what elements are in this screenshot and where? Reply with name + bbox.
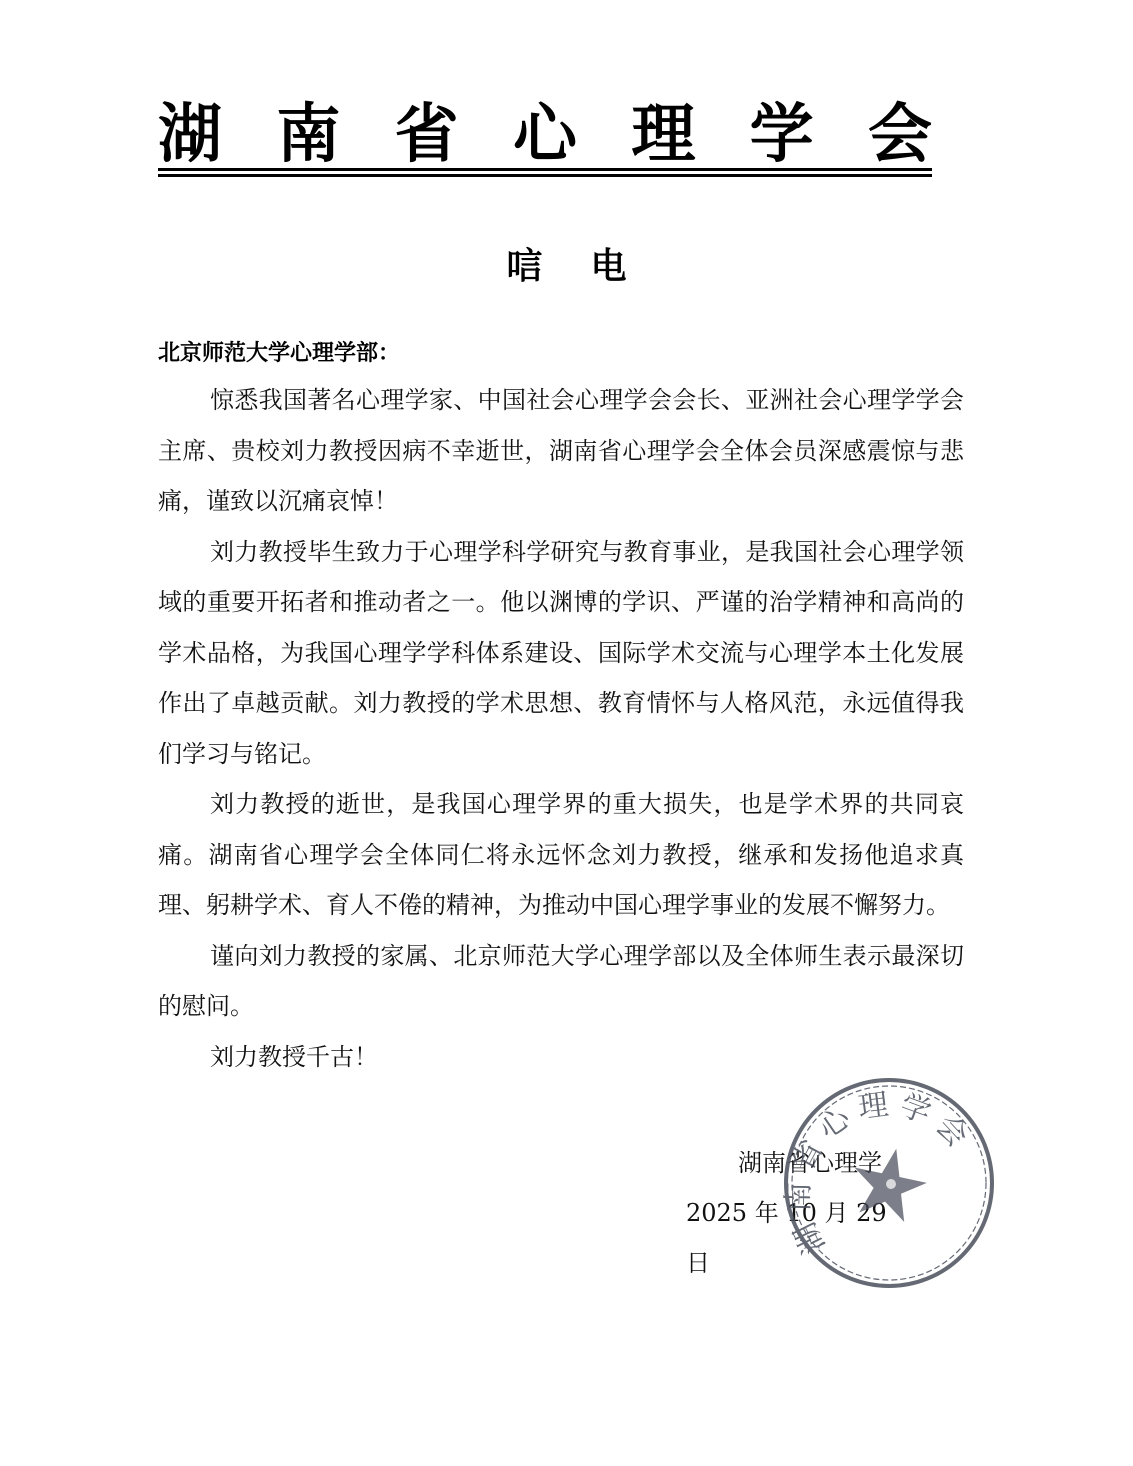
letterhead-char: 会 (868, 100, 932, 170)
star-icon (846, 1141, 933, 1225)
letter-body: 惊悉我国著名心理学家、中国社会心理学会会长、亚洲社会心理学学会主席、贵校刘力教授… (158, 375, 964, 1082)
organization-letterhead: 湖 南 省 心 理 学 会 (158, 100, 932, 170)
letterhead-char: 学 (750, 100, 814, 170)
letterhead-char: 南 (276, 100, 340, 170)
paragraph: 谨向刘力教授的家属、北京师范大学心理学部以及全体师生表示最深切的慰问。 (158, 931, 964, 1032)
letterhead-char: 理 (631, 100, 695, 170)
letterhead-char: 省 (395, 100, 459, 170)
document-page: 湖 南 省 心 理 学 会 唁电 北京师范大学心理学部： 惊悉我国著名心理学家、… (0, 0, 1133, 1466)
seal-text: 湖南省心理学会 (781, 1086, 980, 1259)
paragraph: 刘力教授毕生致力于心理学科学研究与教育事业，是我国社会心理学领域的重要开拓者和推… (158, 527, 964, 780)
letterhead-char: 湖 (158, 100, 222, 170)
letterhead-rule-upper (158, 168, 932, 171)
letterhead-char: 心 (513, 100, 577, 170)
letterhead-rule-lower (158, 174, 932, 177)
paragraph: 惊悉我国著名心理学家、中国社会心理学会会长、亚洲社会心理学学会主席、贵校刘力教授… (158, 375, 964, 527)
paragraph: 刘力教授千古！ (158, 1032, 964, 1083)
document-title: 唁电 (0, 238, 1133, 289)
svg-text:湖南省心理学会: 湖南省心理学会 (781, 1086, 980, 1259)
official-seal-stamp: 湖南省心理学会 (781, 1076, 997, 1290)
recipient-salutation: 北京师范大学心理学部： (158, 336, 400, 367)
paragraph: 刘力教授的逝世，是我国心理学界的重大损失，也是学术界的共同哀痛。湖南省心理学会全… (158, 779, 964, 931)
